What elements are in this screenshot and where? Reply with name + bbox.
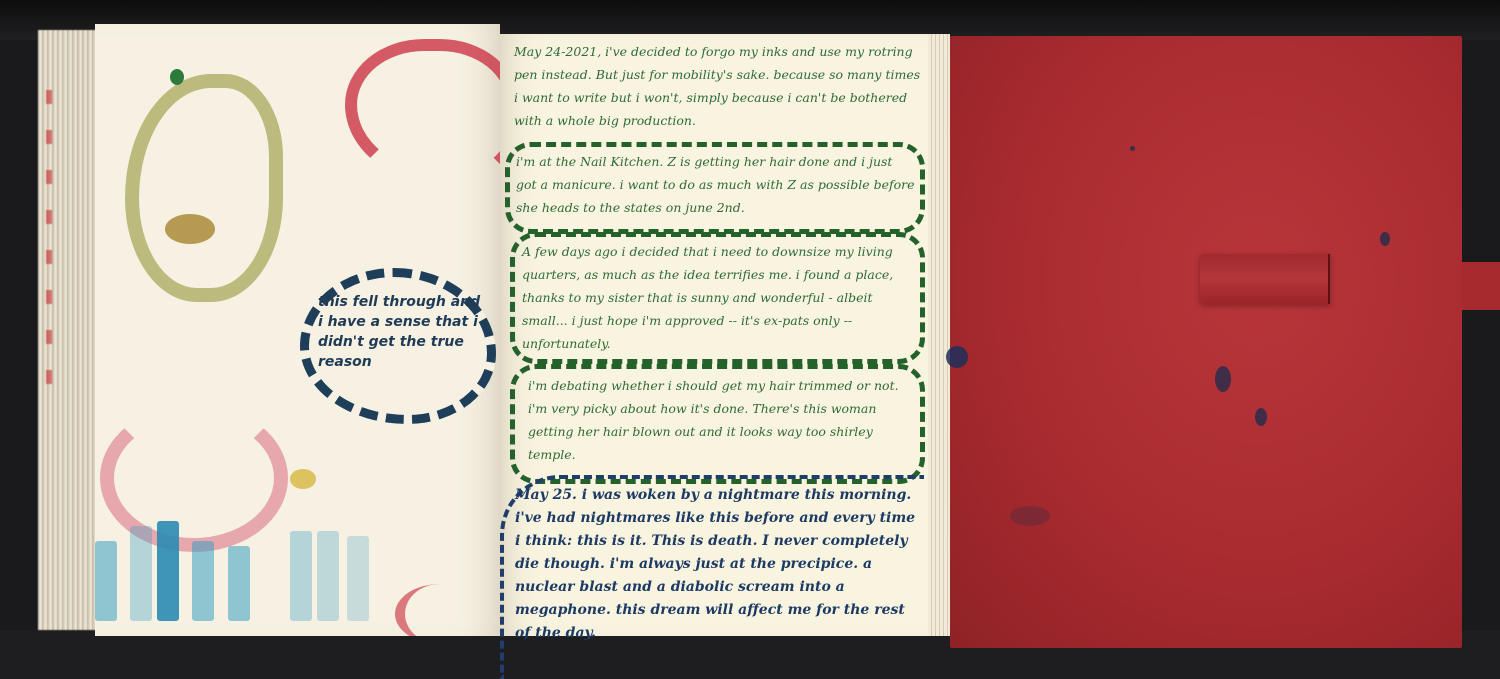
- red-paint-curve: [395, 584, 485, 636]
- ink-stain: [1215, 366, 1231, 392]
- closure-loop[interactable]: [1200, 254, 1330, 304]
- blue-stripe: [317, 531, 339, 621]
- ochre-paint-drop: [165, 214, 215, 244]
- red-suede-cover: [950, 36, 1462, 648]
- right-page-edge: [928, 34, 950, 636]
- ink-stain: [946, 346, 968, 368]
- journal-entry-downsize: A few days ago i decided that i need to …: [522, 240, 917, 355]
- blue-stripe: [347, 536, 369, 621]
- journal-entry-may-24: May 24-2021, i've decided to forgo my in…: [514, 40, 924, 132]
- blue-stripe: [290, 531, 312, 621]
- olive-paint-swirl: [125, 74, 283, 302]
- journal-entry-nail-kitchen: i'm at the Nail Kitchen. Z is getting he…: [516, 150, 916, 219]
- ink-stain: [1130, 146, 1135, 151]
- red-paint-loop: [345, 39, 500, 183]
- journal-entry-may-25: May 25. i was woken by a nightmare this …: [515, 484, 925, 645]
- page-stack-edge: [38, 30, 100, 630]
- blue-stripe: [228, 546, 250, 621]
- blue-stripe: [157, 521, 179, 621]
- blue-stripe: [192, 541, 214, 621]
- ink-stain: [1255, 408, 1267, 426]
- ink-stain: [1380, 232, 1390, 246]
- pink-paint-loop: [100, 404, 288, 552]
- green-dot: [170, 69, 184, 85]
- speech-bubble-text: this fell through and i have a sense tha…: [318, 292, 488, 372]
- journal-entry-haircut: i'm debating whether i should get my hai…: [528, 374, 913, 466]
- blue-stripe: [95, 541, 117, 621]
- ink-stain: [1010, 506, 1050, 526]
- blue-stripe: [130, 526, 152, 621]
- yellow-paint-spot: [290, 469, 316, 489]
- closure-strap[interactable]: [1462, 262, 1500, 310]
